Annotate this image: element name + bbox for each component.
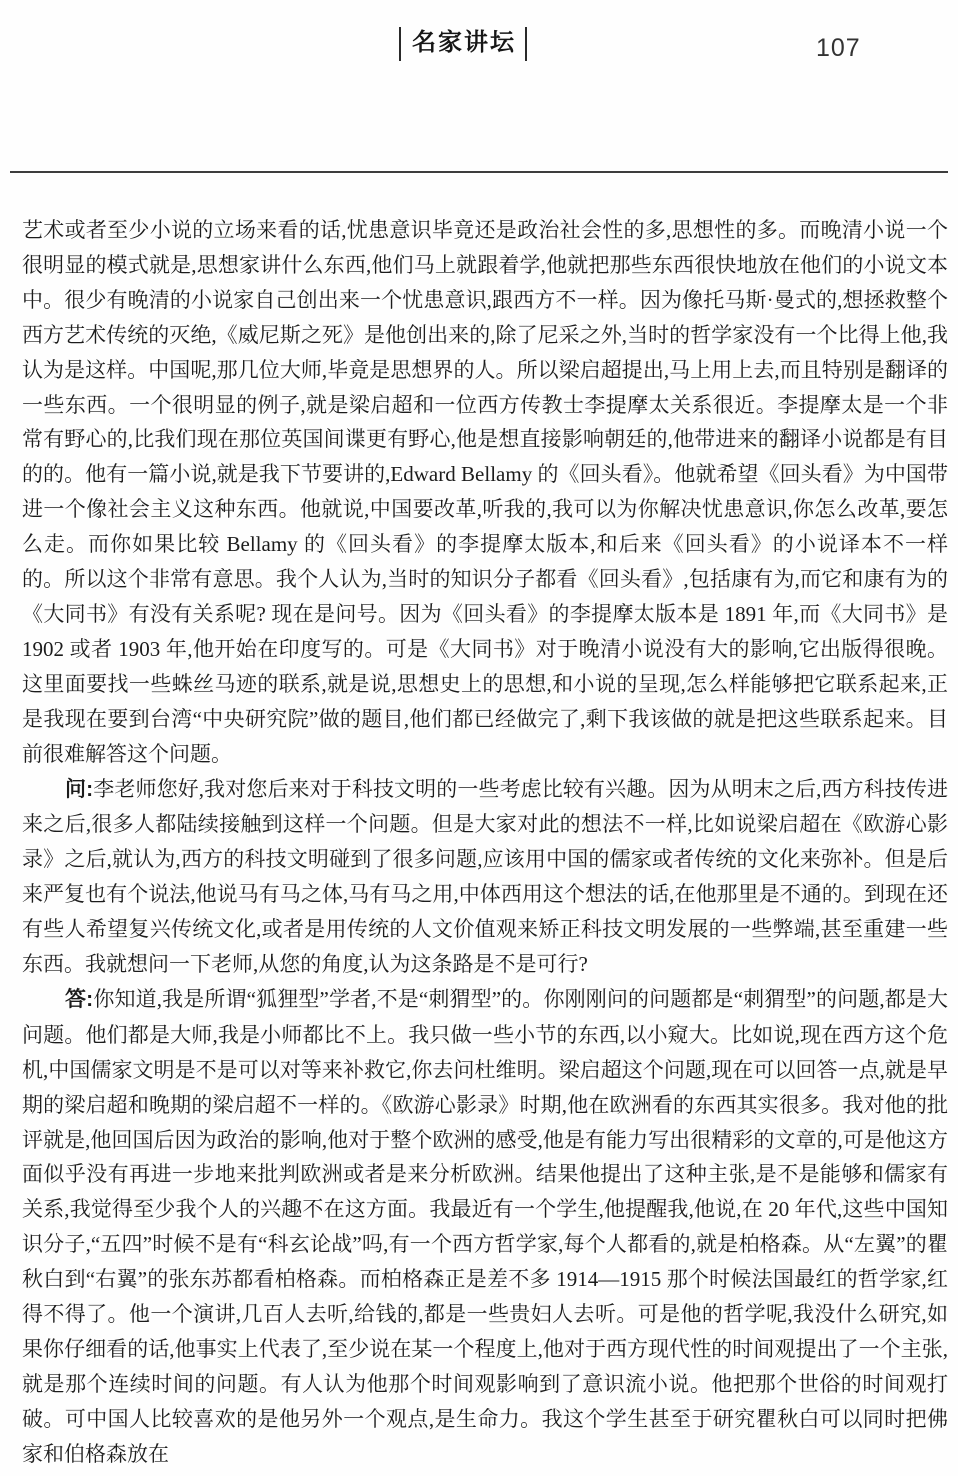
answer-text: 你知道,我是所谓“狐狸型”学者,不是“刺猬型”的。你刚刚问的问题都是“刺猬型”的… — [22, 987, 948, 1466]
column-title: 名家讲坛 — [412, 29, 516, 56]
journal-page: 名家讲坛 107 艺术或者至少小说的立场来看的话,忧患意识毕竟还是政治社会性的多… — [0, 0, 958, 1476]
column-header: 名家讲坛 — [399, 27, 527, 61]
question-text: 李老师您好,我对您后来对于科技文明的一些考虑比较有兴趣。因为从明末之后,西方科技… — [22, 777, 948, 977]
header-rule — [10, 171, 948, 173]
answer-paragraph: 答:你知道,我是所谓“狐狸型”学者,不是“刺猬型”的。你刚刚问的问题都是“刺猬型… — [22, 982, 948, 1472]
paragraph-text: 艺术或者至少小说的立场来看的话,忧患意识毕竟还是政治社会性的多,思想性的多。而晚… — [22, 218, 948, 766]
question-paragraph: 问:李老师您好,我对您后来对于科技文明的一些考虑比较有兴趣。因为从明末之后,西方… — [22, 772, 948, 982]
question-label: 问: — [65, 778, 93, 801]
answer-label: 答: — [65, 988, 93, 1011]
article-body: 艺术或者至少小说的立场来看的话,忧患意识毕竟还是政治社会性的多,思想性的多。而晚… — [22, 213, 948, 1472]
paragraph-continuation: 艺术或者至少小说的立场来看的话,忧患意识毕竟还是政治社会性的多,思想性的多。而晚… — [22, 213, 948, 772]
page-number: 107 — [816, 34, 861, 63]
